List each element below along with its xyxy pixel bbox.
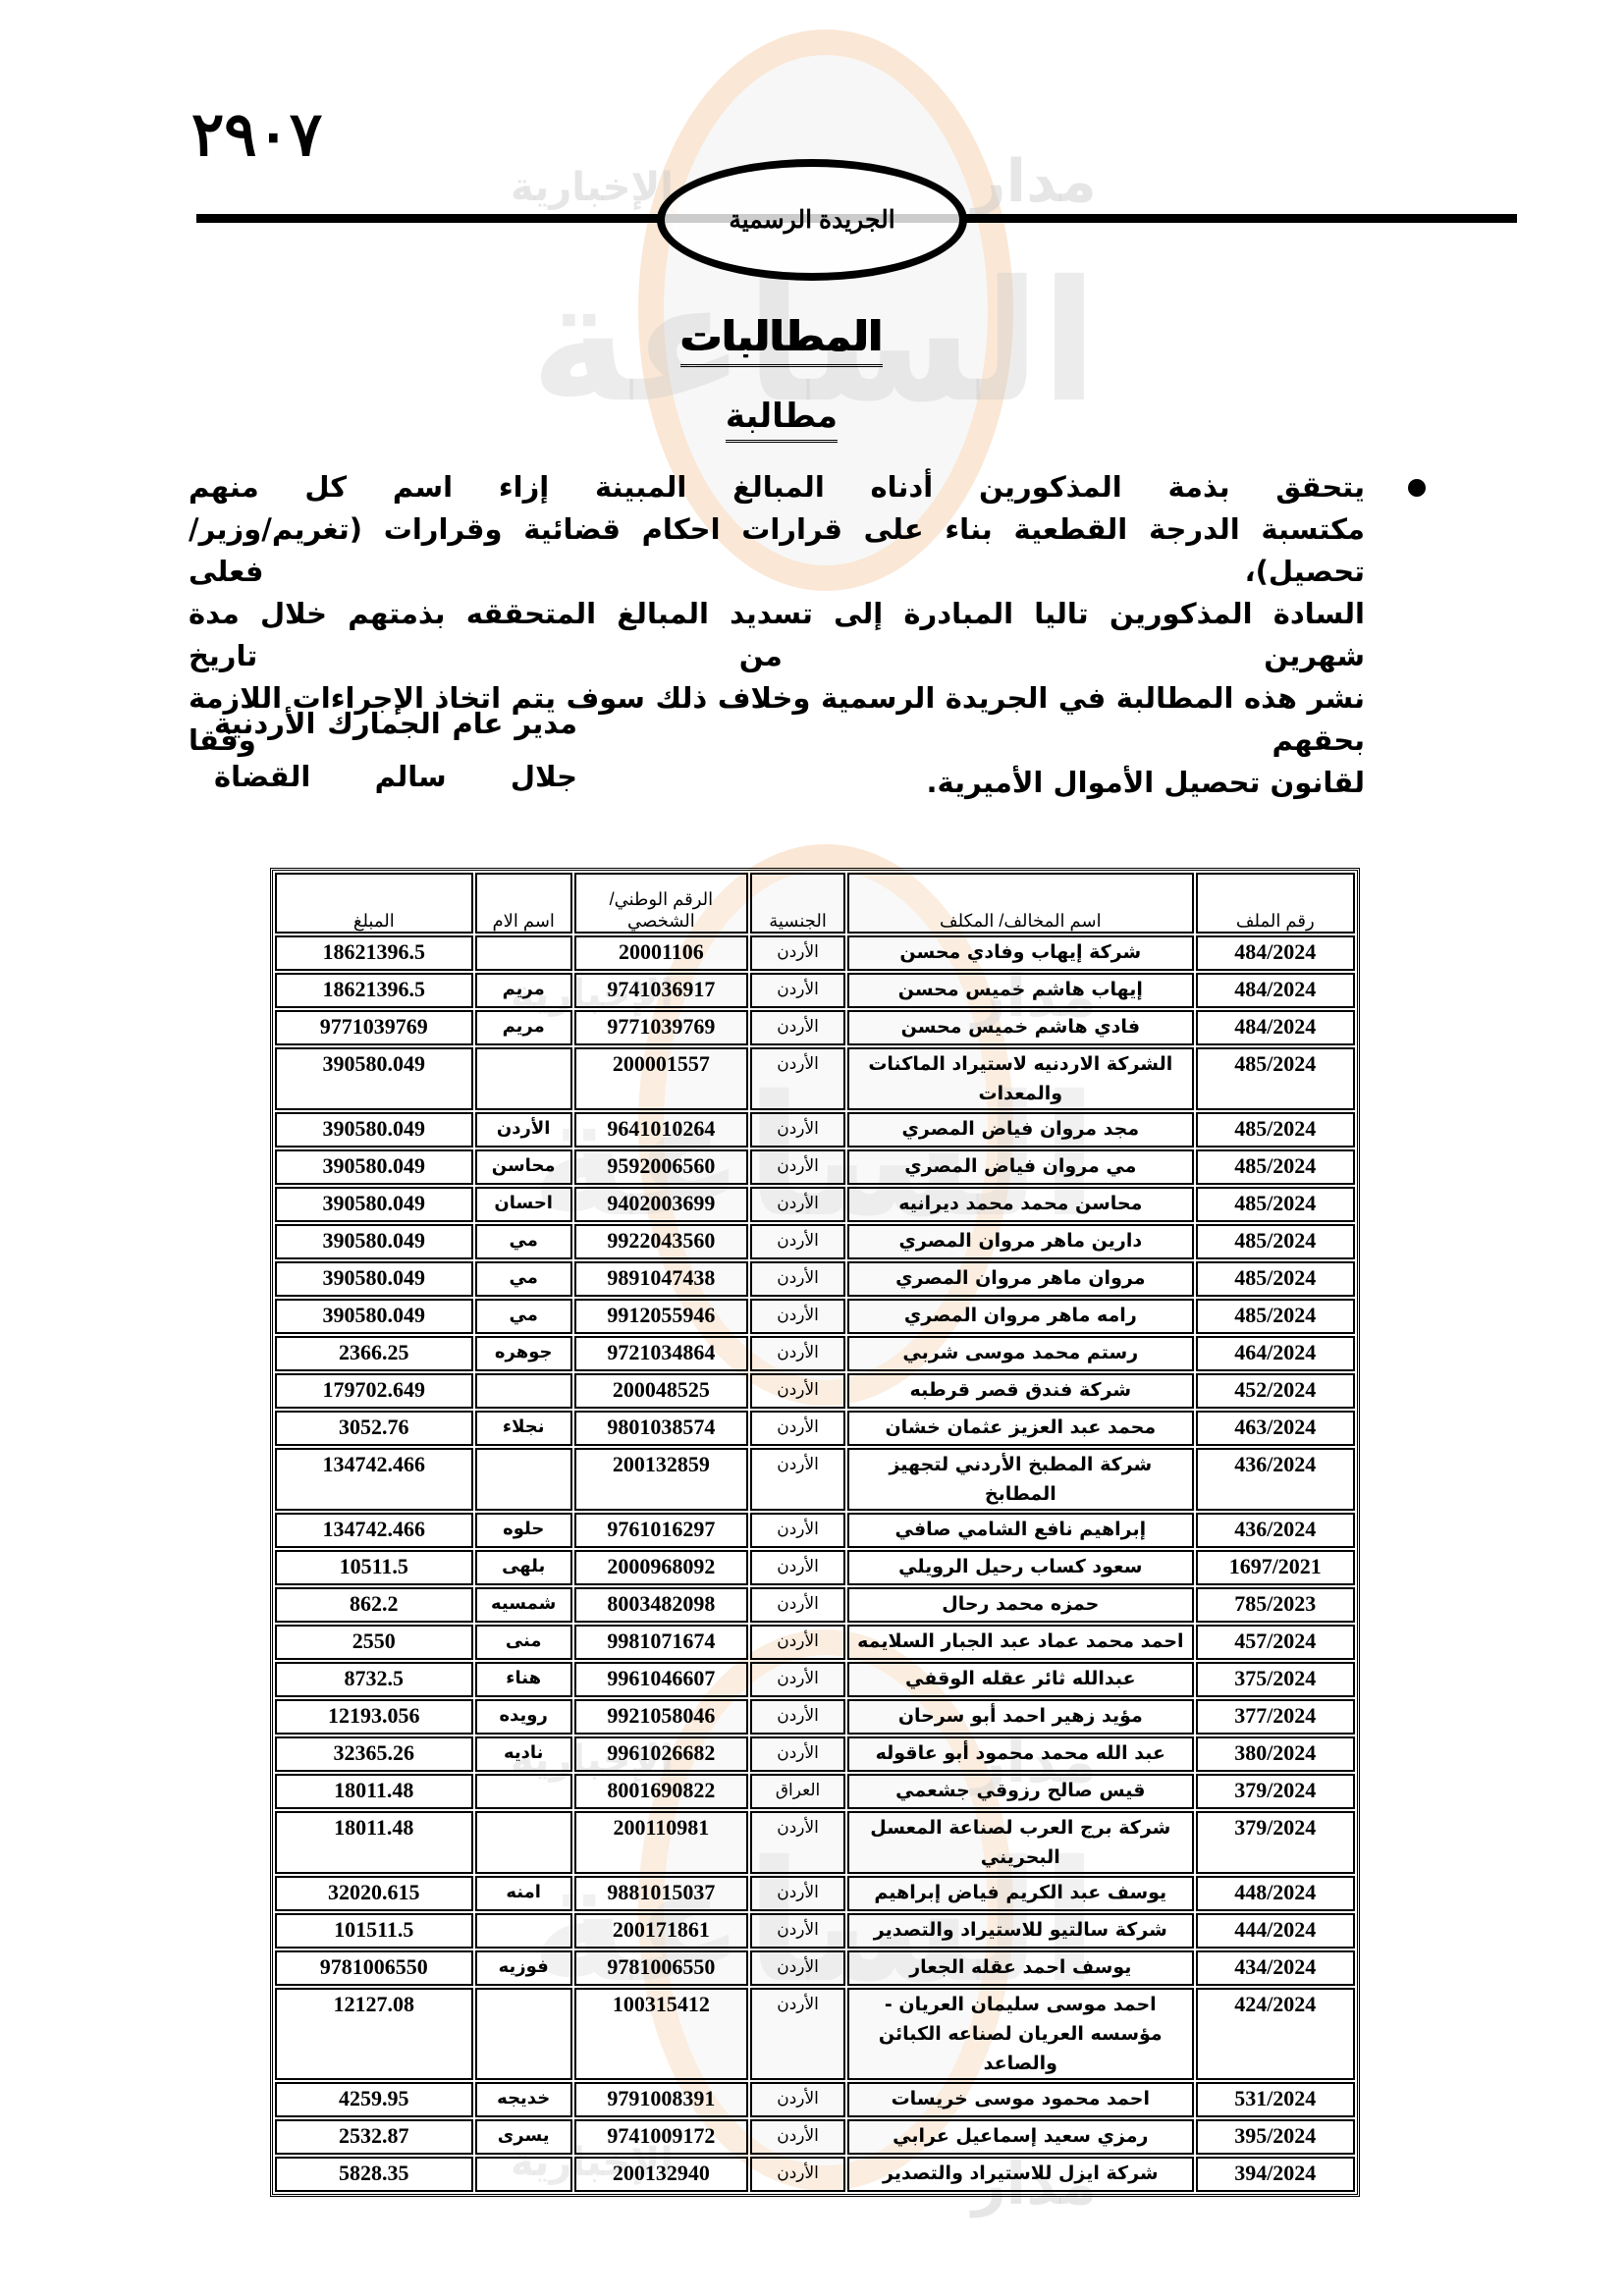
bullet-icon [1408, 479, 1426, 497]
cell-amount: 101511.5 [275, 1913, 473, 1949]
cell-amount: 390580.049 [275, 1149, 473, 1185]
cell-national-id: 9741036917 [574, 973, 748, 1008]
cell-national-id: 9791008391 [574, 2082, 748, 2117]
cell-national-id: 200001557 [574, 1047, 748, 1110]
cell-name: شركة ايزل للاستيراد والتصدير [847, 2157, 1193, 2192]
cell-nationality: الأردن [750, 1411, 845, 1446]
cell-national-id: 200110981 [574, 1811, 748, 1874]
section-title-text: المطالبات [680, 312, 883, 367]
cell-amount: 2550 [275, 1625, 473, 1660]
cell-nationality: الأردن [750, 1913, 845, 1949]
cell-national-id: 9961026682 [574, 1736, 748, 1772]
cell-name: رستم محمد موسى شربي [847, 1336, 1193, 1371]
cell-national-id: 9881015037 [574, 1876, 748, 1911]
cell-name: مروان ماهر مروان المصري [847, 1261, 1193, 1297]
cell-amount: 390580.049 [275, 1047, 473, 1110]
cell-mother: مي [475, 1299, 572, 1334]
cell-name: مجد مروان فياض المصري [847, 1112, 1193, 1148]
cell-nationality: الأردن [750, 1047, 845, 1110]
cell-nationality: الأردن [750, 1587, 845, 1623]
cell-nationality: الأردن [750, 1876, 845, 1911]
cell-name: شركة سالتيو للاستيراد والتصدير [847, 1913, 1193, 1949]
cell-nationality: الأردن [750, 2082, 845, 2117]
cell-file-no: 394/2024 [1196, 2157, 1355, 2192]
cell-national-id: 8001690822 [574, 1774, 748, 1809]
cell-amount: 9781006550 [275, 1950, 473, 1986]
cell-file-no: 375/2024 [1196, 1662, 1355, 1697]
cell-mother [475, 1373, 572, 1409]
cell-mother: خديجه [475, 2082, 572, 2117]
cell-nationality: الأردن [750, 1261, 845, 1297]
cell-file-no: 377/2024 [1196, 1699, 1355, 1735]
header-file-no: رقم الملف [1196, 873, 1355, 934]
table-row: 395/2024رمزي سعيد إسماعيل عرابيالأردن974… [275, 2119, 1355, 2155]
watermark-brand-mid: مدار [972, 147, 1097, 216]
table-row: 484/2024شركة إيهاب وفادي محسنالأردن20001… [275, 935, 1355, 971]
cell-name: شركة إيهاب وفادي محسن [847, 935, 1193, 971]
cell-national-id: 9922043560 [574, 1224, 748, 1259]
cell-file-no: 379/2024 [1196, 1774, 1355, 1809]
watermark-brand-small: الإخبارية [511, 165, 674, 210]
table-row: 785/2023حمزه محمد رحالالأردن8003482098شم… [275, 1587, 1355, 1623]
cell-amount: 390580.049 [275, 1261, 473, 1297]
cell-mother [475, 935, 572, 971]
cell-mother: جوهره [475, 1336, 572, 1371]
table-row: 484/2024إيهاب هاشم خميس محسنالأردن974103… [275, 973, 1355, 1008]
cell-file-no: 1697/2021 [1196, 1550, 1355, 1585]
cell-name: دارين ماهر مروان المصري [847, 1224, 1193, 1259]
cell-amount: 12127.08 [275, 1988, 473, 2080]
cell-mother: بلهى [475, 1550, 572, 1585]
cell-mother [475, 1913, 572, 1949]
cell-nationality: الأردن [750, 1336, 845, 1371]
cell-national-id: 20001106 [574, 935, 748, 971]
cell-national-id: 9912055946 [574, 1299, 748, 1334]
cell-nationality: الأردن [750, 1699, 845, 1735]
cell-file-no: 484/2024 [1196, 973, 1355, 1008]
cell-mother: نجلاء [475, 1411, 572, 1446]
cell-mother: منى [475, 1625, 572, 1660]
cell-amount: 3052.76 [275, 1411, 473, 1446]
notice-paragraph: يتحقق بذمة المذكورين أدناه المبالغ المبي… [189, 466, 1404, 804]
cell-national-id: 9961046607 [574, 1662, 748, 1697]
cell-name: شركة المطبخ الأردني لتجهيز المطابخ [847, 1448, 1193, 1511]
cell-nationality: الأردن [750, 1950, 845, 1986]
cell-national-id: 9641010264 [574, 1112, 748, 1148]
cell-name: يوسف احمد عقله الجعار [847, 1950, 1193, 1986]
cell-amount: 390580.049 [275, 1112, 473, 1148]
table-row: 463/2024محمد عبد العزيز عثمان خشانالأردن… [275, 1411, 1355, 1446]
cell-nationality: الأردن [750, 1662, 845, 1697]
cell-national-id: 100315412 [574, 1988, 748, 2080]
cell-name: احمد محمد عماد عبد الجبار السلايمه [847, 1625, 1193, 1660]
table-row: 436/2024إبراهيم نافع الشامي صافيالأردن97… [275, 1513, 1355, 1548]
table-row: 484/2024فادي هاشم خميس محسنالأردن9771039… [275, 1010, 1355, 1045]
table-row: 377/2024مؤيد زهير احمد أبو سرحانالأردن99… [275, 1699, 1355, 1735]
cell-file-no: 395/2024 [1196, 2119, 1355, 2155]
cell-mother: مريم [475, 1010, 572, 1045]
table-row: 444/2024شركة سالتيو للاستيراد والتصديرال… [275, 1913, 1355, 1949]
table-row: 380/2024عبد الله محمد محمود أبو عاقولهال… [275, 1736, 1355, 1772]
cell-file-no: 436/2024 [1196, 1513, 1355, 1548]
cell-amount: 18011.48 [275, 1774, 473, 1809]
cell-file-no: 448/2024 [1196, 1876, 1355, 1911]
claims-table-body: 484/2024شركة إيهاب وفادي محسنالأردن20001… [275, 935, 1355, 2192]
table-row: 485/2024مجد مروان فياض المصريالأردن96410… [275, 1112, 1355, 1148]
cell-amount: 862.2 [275, 1587, 473, 1623]
table-row: 424/2024احمد موسى سليمان العريان - مؤسسه… [275, 1988, 1355, 2080]
cell-name: رمزي سعيد إسماعيل عرابي [847, 2119, 1193, 2155]
cell-file-no: 531/2024 [1196, 2082, 1355, 2117]
table-row: 485/2024رامه ماهر مروان المصريالأردن9912… [275, 1299, 1355, 1334]
cell-nationality: العراق [750, 1774, 845, 1809]
table-row: 436/2024شركة المطبخ الأردني لتجهيز المطا… [275, 1448, 1355, 1511]
cell-amount: 134742.466 [275, 1513, 473, 1548]
cell-amount: 390580.049 [275, 1187, 473, 1222]
cell-amount: 4259.95 [275, 2082, 473, 2117]
cell-file-no: 452/2024 [1196, 1373, 1355, 1409]
cell-file-no: 484/2024 [1196, 1010, 1355, 1045]
cell-mother [475, 2157, 572, 2192]
cell-amount: 5828.35 [275, 2157, 473, 2192]
cell-mother: محاسن [475, 1149, 572, 1185]
cell-nationality: الأردن [750, 1448, 845, 1511]
header-nationality: الجنسية [750, 873, 845, 934]
cell-amount: 390580.049 [275, 1224, 473, 1259]
table-row: 464/2024رستم محمد موسى شربيالأردن9721034… [275, 1336, 1355, 1371]
section-title: المطالبات [589, 312, 974, 367]
cell-name: شركة فندق قصر قرطبه [847, 1373, 1193, 1409]
cell-name: إبراهيم نافع الشامي صافي [847, 1513, 1193, 1548]
header-name: اسم المخالف/ المكلف [847, 873, 1193, 934]
cell-mother [475, 1047, 572, 1110]
header-amount: المبلغ [275, 873, 473, 934]
header-mother: اسم الام [475, 873, 572, 934]
cell-file-no: 444/2024 [1196, 1913, 1355, 1949]
table-row: 485/2024مروان ماهر مروان المصريالأردن989… [275, 1261, 1355, 1297]
cell-name: يوسف عبد الكريم فياض إبراهيم [847, 1876, 1193, 1911]
table-row: 485/2024دارين ماهر مروان المصريالأردن992… [275, 1224, 1355, 1259]
cell-national-id: 9721034864 [574, 1336, 748, 1371]
notice-title-text: مطالبة [726, 397, 838, 443]
cell-file-no: 463/2024 [1196, 1411, 1355, 1446]
notice-line: مكتسبة الدرجة القطعية بناء على قرارات اح… [189, 508, 1365, 593]
cell-amount: 179702.649 [275, 1373, 473, 1409]
cell-nationality: الأردن [750, 1988, 845, 2080]
cell-national-id: 200048525 [574, 1373, 748, 1409]
cell-national-id: 9771039769 [574, 1010, 748, 1045]
cell-amount: 18011.48 [275, 1811, 473, 1874]
cell-name: عبدالله ثائر عقله الوقفي [847, 1662, 1193, 1697]
cell-file-no: 485/2024 [1196, 1299, 1355, 1334]
cell-mother: امنه [475, 1876, 572, 1911]
cell-nationality: الأردن [750, 1513, 845, 1548]
cell-amount: 18621396.5 [275, 935, 473, 971]
table-header-row: رقم الملف اسم المخالف/ المكلف الجنسية ال… [275, 873, 1355, 934]
cell-national-id: 9891047438 [574, 1261, 748, 1297]
table-row: 485/2024محاسن محمد محمد ديرانيهالأردن940… [275, 1187, 1355, 1222]
cell-mother [475, 1774, 572, 1809]
cell-mother: احسان [475, 1187, 572, 1222]
cell-mother: شمسيه [475, 1587, 572, 1623]
cell-nationality: الأردن [750, 1224, 845, 1259]
cell-national-id: 200171861 [574, 1913, 748, 1949]
cell-nationality: الأردن [750, 1625, 845, 1660]
notice-line: يتحقق بذمة المذكورين أدناه المبالغ المبي… [189, 466, 1365, 508]
table-row: 394/2024شركة ايزل للاستيراد والتصديرالأر… [275, 2157, 1355, 2192]
cell-file-no: 485/2024 [1196, 1047, 1355, 1110]
cell-name: محاسن محمد محمد ديرانيه [847, 1187, 1193, 1222]
cell-file-no: 485/2024 [1196, 1261, 1355, 1297]
cell-nationality: الأردن [750, 1112, 845, 1148]
cell-amount: 32365.26 [275, 1736, 473, 1772]
cell-amount: 10511.5 [275, 1550, 473, 1585]
header-ellipse: الجريدة الرسمية [657, 159, 967, 281]
table-row: 457/2024احمد محمد عماد عبد الجبار السلاي… [275, 1625, 1355, 1660]
cell-nationality: الأردن [750, 1187, 845, 1222]
cell-name: سعود كساب رحيل الرويلي [847, 1550, 1193, 1585]
cell-nationality: الأردن [750, 2119, 845, 2155]
cell-national-id: 200132940 [574, 2157, 748, 2192]
signature-title: مدير عام الجمارك الأردنية [214, 707, 577, 740]
cell-name: حمزه محمد رحال [847, 1587, 1193, 1623]
cell-file-no: 380/2024 [1196, 1736, 1355, 1772]
cell-amount: 8732.5 [275, 1662, 473, 1697]
cell-mother: مي [475, 1224, 572, 1259]
cell-mother: ناديه [475, 1736, 572, 1772]
cell-national-id: 9402003699 [574, 1187, 748, 1222]
cell-mother: هناء [475, 1662, 572, 1697]
cell-name: قيس صالح رزوقي جشعمي [847, 1774, 1193, 1809]
cell-file-no: 484/2024 [1196, 935, 1355, 971]
cell-amount: 12193.056 [275, 1699, 473, 1735]
cell-mother: مي [475, 1261, 572, 1297]
cell-amount: 390580.049 [275, 1299, 473, 1334]
cell-file-no: 485/2024 [1196, 1112, 1355, 1148]
signature-name: جلال سالم القضاة [214, 760, 577, 793]
cell-amount: 134742.466 [275, 1448, 473, 1511]
cell-name: احمد موسى سليمان العريان - مؤسسه العريان… [847, 1988, 1193, 2080]
table-row: 485/2024الشركة الاردنيه لاستيراد الماكنا… [275, 1047, 1355, 1110]
cell-national-id: 8003482098 [574, 1587, 748, 1623]
cell-name: محمد عبد العزيز عثمان خشان [847, 1411, 1193, 1446]
header-national-id: الرقم الوطني/الشخصي [574, 873, 748, 934]
cell-mother: يسرى [475, 2119, 572, 2155]
cell-name: فادي هاشم خميس محسن [847, 1010, 1193, 1045]
cell-name: إيهاب هاشم خميس محسن [847, 973, 1193, 1008]
cell-amount: 18621396.5 [275, 973, 473, 1008]
table-row: 1697/2021سعود كساب رحيل الرويليالأردن200… [275, 1550, 1355, 1585]
cell-file-no: 434/2024 [1196, 1950, 1355, 1986]
page-number: ٢٩٠٧ [191, 98, 322, 170]
cell-file-no: 457/2024 [1196, 1625, 1355, 1660]
cell-national-id: 9592006560 [574, 1149, 748, 1185]
cell-mother [475, 1811, 572, 1874]
cell-nationality: الأردن [750, 1299, 845, 1334]
cell-national-id: 9801038574 [574, 1411, 748, 1446]
cell-mother [475, 1448, 572, 1511]
cell-name: رامه ماهر مروان المصري [847, 1299, 1193, 1334]
cell-mother: الأردن [475, 1112, 572, 1148]
notice-title: مطالبة [589, 397, 974, 443]
cell-nationality: الأردن [750, 1373, 845, 1409]
cell-nationality: الأردن [750, 1811, 845, 1874]
cell-nationality: الأردن [750, 1736, 845, 1772]
cell-national-id: 9981071674 [574, 1625, 748, 1660]
cell-national-id: 9921058046 [574, 1699, 748, 1735]
cell-file-no: 485/2024 [1196, 1187, 1355, 1222]
cell-nationality: الأردن [750, 2157, 845, 2192]
cell-amount: 32020.615 [275, 1876, 473, 1911]
cell-nationality: الأردن [750, 935, 845, 971]
cell-national-id: 9741009172 [574, 2119, 748, 2155]
cell-national-id: 9781006550 [574, 1950, 748, 1986]
table-row: 448/2024يوسف عبد الكريم فياض إبراهيمالأر… [275, 1876, 1355, 1911]
cell-national-id: 9761016297 [574, 1513, 748, 1548]
cell-nationality: الأردن [750, 973, 845, 1008]
cell-file-no: 379/2024 [1196, 1811, 1355, 1874]
cell-mother: فوزيه [475, 1950, 572, 1986]
cell-file-no: 485/2024 [1196, 1224, 1355, 1259]
cell-national-id: 200132859 [574, 1448, 748, 1511]
cell-national-id: 2000968092 [574, 1550, 748, 1585]
cell-file-no: 436/2024 [1196, 1448, 1355, 1511]
cell-amount: 2532.87 [275, 2119, 473, 2155]
cell-file-no: 424/2024 [1196, 1988, 1355, 2080]
cell-name: عبد الله محمد محمود أبو عاقوله [847, 1736, 1193, 1772]
cell-amount: 2366.25 [275, 1336, 473, 1371]
table-row: 375/2024عبدالله ثائر عقله الوقفيالأردن99… [275, 1662, 1355, 1697]
table-row: 434/2024يوسف احمد عقله الجعارالأردن97810… [275, 1950, 1355, 1986]
cell-name: شركة برج العرب لصناعة المعسل البحريني [847, 1811, 1193, 1874]
cell-mother: حلوه [475, 1513, 572, 1548]
table-row: 485/2024مي مروان فياض المصريالأردن959200… [275, 1149, 1355, 1185]
cell-file-no: 785/2023 [1196, 1587, 1355, 1623]
cell-name: الشركة الاردنيه لاستيراد الماكنات والمعد… [847, 1047, 1193, 1110]
cell-mother: مريم [475, 973, 572, 1008]
cell-mother: رويده [475, 1699, 572, 1735]
cell-nationality: الأردن [750, 1010, 845, 1045]
table-row: 379/2024شركة برج العرب لصناعة المعسل الب… [275, 1811, 1355, 1874]
cell-name: مي مروان فياض المصري [847, 1149, 1193, 1185]
notice-line: السادة المذكورين تاليا المبادرة إلى تسدي… [189, 593, 1365, 677]
cell-name: احمد محمود موسى خريسات [847, 2082, 1193, 2117]
table-row: 531/2024احمد محمود موسى خريساتالأردن9791… [275, 2082, 1355, 2117]
cell-amount: 9771039769 [275, 1010, 473, 1045]
cell-nationality: الأردن [750, 1149, 845, 1185]
table-row: 379/2024قيس صالح رزوقي جشعميالعراق800169… [275, 1774, 1355, 1809]
gazette-label: الجريدة الرسمية [729, 205, 894, 235]
cell-mother [475, 1988, 572, 2080]
claims-table: رقم الملف اسم المخالف/ المكلف الجنسية ال… [270, 868, 1360, 2197]
cell-file-no: 464/2024 [1196, 1336, 1355, 1371]
cell-file-no: 485/2024 [1196, 1149, 1355, 1185]
cell-nationality: الأردن [750, 1550, 845, 1585]
cell-name: مؤيد زهير احمد أبو سرحان [847, 1699, 1193, 1735]
table-row: 452/2024شركة فندق قصر قرطبهالأردن2000485… [275, 1373, 1355, 1409]
